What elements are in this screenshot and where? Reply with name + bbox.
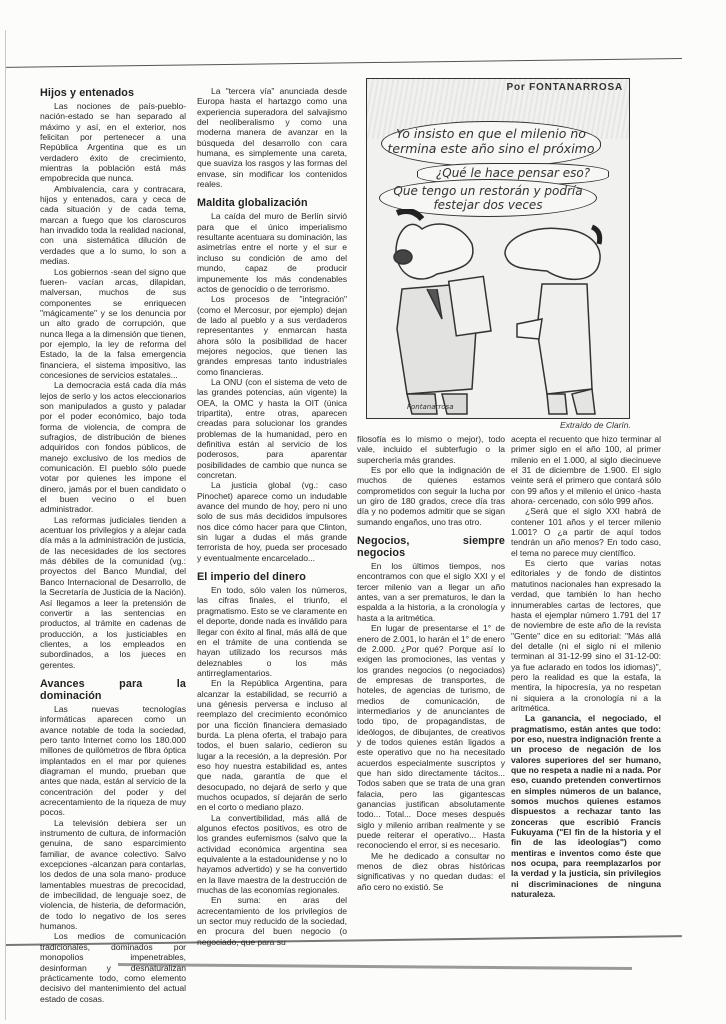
- paragraph: Las reformas judiciales tienden a acentu…: [40, 515, 186, 670]
- paragraph: Los gobiernos -sean del signo que fueren…: [40, 267, 186, 381]
- paragraph: Las nociones de país-pueblo-nación-estad…: [40, 101, 186, 184]
- paragraph: Los medios de comunicación tradicionales…: [40, 931, 186, 1003]
- paragraph: En todo, sólo valen los números, las cif…: [197, 585, 347, 678]
- top-rule: [6, 58, 682, 68]
- bottom-rule-secondary: [118, 963, 632, 970]
- paragraph: La convertibilidad, más allá de algunos …: [197, 813, 347, 896]
- paragraph: La televisión debiera ser un instrumento…: [40, 818, 186, 932]
- section-heading: Negocios, siempre negocios: [357, 535, 505, 559]
- section-heading: Hijos y entenados: [40, 87, 186, 99]
- column-2: La "tercera vía" anunciada desde Europa …: [197, 86, 347, 947]
- paragraph: Es cierto que varias notas editoriales y…: [511, 558, 661, 713]
- speech-bubble-1: Yo insisto en que el milenio no termina …: [381, 121, 601, 167]
- paragraph: En lugar de presentarse el 1° de enero d…: [357, 623, 505, 851]
- paragraph: Es por ello que la indignación de muchos…: [357, 465, 505, 527]
- section-heading: Maldita globalización: [197, 197, 347, 209]
- cartoon-panel: Por FONTANARROSA Yo insisto en que el mi…: [366, 78, 630, 419]
- cartoon-signature: Fontanarrosa: [407, 403, 453, 411]
- left-man-icon: [394, 211, 491, 414]
- paragraph: En los últimos tiempos, nos encontramos …: [357, 561, 505, 623]
- column-4: acepta el recuento que hizo terminar al …: [511, 434, 661, 899]
- paragraph: La caída del muro de Berlín sirvió para …: [197, 211, 347, 294]
- section-heading: El imperio del dinero: [197, 571, 347, 583]
- section-heading: Avances para la dominación: [40, 678, 186, 702]
- cartoon-caption: Extraído de Clarín.: [560, 420, 631, 430]
- column-1: Hijos y entenados Las nociones de país-p…: [40, 87, 186, 1004]
- paragraph: filosofía es lo mismo o mejor), todo val…: [357, 434, 505, 465]
- closing-paragraph: La ganancia, el negociado, el pragmatism…: [511, 713, 661, 899]
- column-3: filosofía es lo mismo o mejor), todo val…: [357, 434, 505, 892]
- cartoon-credit: Por FONTANARROSA: [506, 82, 623, 93]
- paragraph: Los procesos de "integración" (como el M…: [197, 294, 347, 377]
- right-man-icon: [505, 227, 600, 414]
- paragraph: La justicia global (vg.: caso Pinochet) …: [197, 480, 347, 563]
- cartoon-figures-illustration: Fontanarrosa: [367, 209, 629, 418]
- paragraph: En suma: en aras del acrecentamiento de …: [197, 895, 347, 947]
- paragraph: Me he dedicado a consultar no menos de d…: [357, 851, 505, 892]
- page-left-edge: [5, 30, 6, 1020]
- paragraph: La "tercera vía" anunciada desde Europa …: [197, 86, 347, 189]
- paragraph: Las nuevas tecnologías informáticas apar…: [40, 704, 186, 818]
- paragraph: ¿Será que el siglo XXI habrá de contener…: [511, 506, 661, 558]
- paragraph: Ambivalencia, cara y contracara, hijos y…: [40, 184, 186, 267]
- paragraph: acepta el recuento que hizo terminar al …: [511, 434, 661, 506]
- paragraph: La democracia está cada día más lejos de…: [40, 380, 186, 514]
- paragraph: En la República Argentina, para alcanzar…: [197, 678, 347, 812]
- paragraph: La ONU (con el sistema de veto de las gr…: [197, 377, 347, 480]
